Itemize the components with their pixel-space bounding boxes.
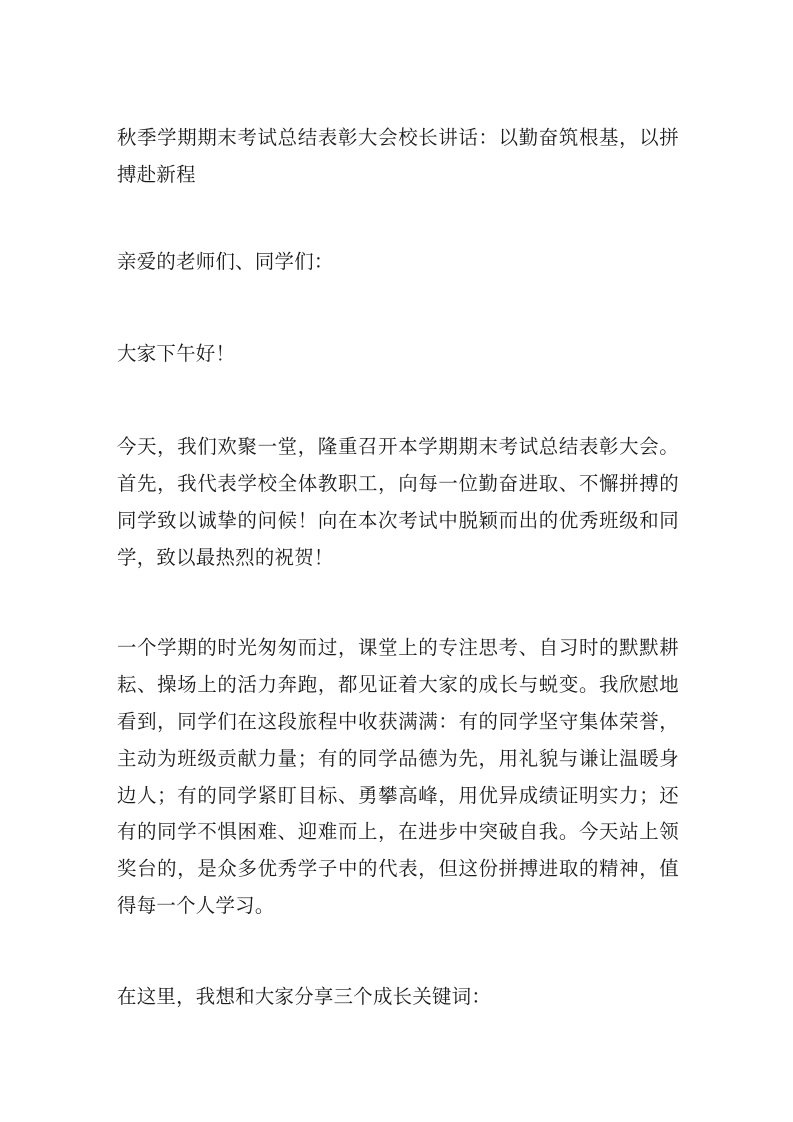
paragraph-keywords-intro: 在这里，我想和大家分享三个成长关键词：	[117, 979, 679, 1016]
salutation: 亲爱的老师们、同学们：	[117, 244, 679, 281]
paragraph-opening: 今天，我们欢聚一堂，隆重召开本学期期末考试总结表彰大会。首先，我代表学校全体教职…	[117, 429, 679, 576]
document-page: 秋季学期期末考试总结表彰大会校长讲话：以勤奋筑根基，以拼搏赴新程 亲爱的老师们、…	[117, 120, 679, 1070]
greeting: 大家下午好！	[117, 336, 679, 373]
document-title: 秋季学期期末考试总结表彰大会校长讲话：以勤奋筑根基，以拼搏赴新程	[117, 120, 679, 194]
paragraph-reflection: 一个学期的时光匆匆而过，课堂上的专注思考、自习时的默默耕耘、操场上的活力奔跑，都…	[117, 630, 679, 924]
